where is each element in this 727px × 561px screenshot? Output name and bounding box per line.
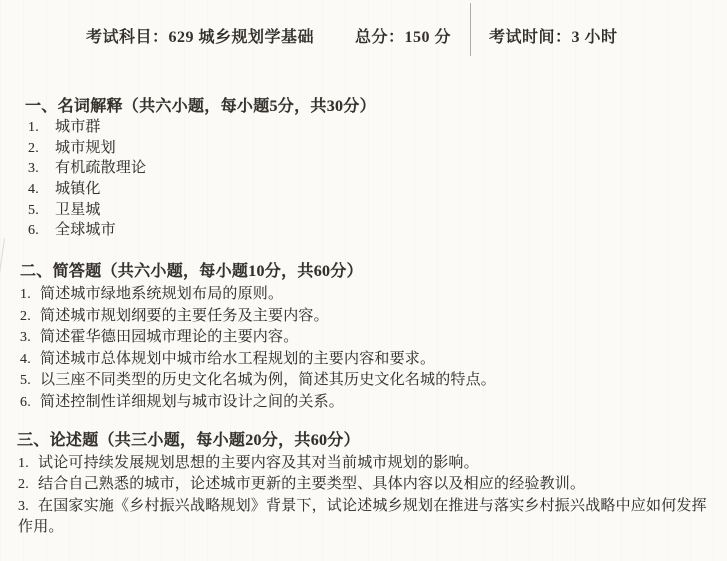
question-item: 4.简述城市总体规划中城市给水工程规划的主要内容和要求。	[0, 349, 727, 371]
question-item: 2.结合自己熟悉的城市，论述城市更新的主要类型、具体内容以及相应的经验教训。	[0, 474, 727, 495]
question-number: 5.	[20, 370, 40, 392]
exam-paper-scan: 考试科目：629 城乡规划学基础 总分：150 分 考试时间：3 小时 一、名词…	[0, 0, 727, 561]
question-item: 5.卫星城	[0, 200, 727, 221]
question-item: 2.简述城市规划纲要的主要任务及主要内容。	[0, 306, 727, 328]
header-divider-line	[470, 3, 471, 56]
question-text: 简述霍华德田园城市理论的主要内容。	[40, 329, 298, 345]
question-item: 3.在国家实施《乡村振兴战略规划》背景下，试论述城乡规划在推进与落实乡村振兴战略…	[0, 496, 727, 539]
section-title: 一、名词解释（共六小题，每小题5分，共30分）	[0, 93, 727, 117]
question-text: 试论可持续发展规划思想的主要内容及其对当前城市规划的影响。	[38, 455, 479, 471]
question-text: 有机疏散理论	[55, 160, 146, 176]
question-item: 1.城市群	[0, 117, 727, 138]
question-item: 5.以三座不同类型的历史文化名城为例，简述其历史文化名城的特点。	[0, 370, 727, 392]
question-number: 2.	[28, 139, 55, 160]
question-number: 5.	[28, 201, 55, 222]
question-text: 以三座不同类型的历史文化名城为例，简述其历史文化名城的特点。	[40, 372, 496, 388]
question-item: 1.简述城市绿地系统规划布局的原则。	[0, 284, 727, 306]
question-text: 卫星城	[55, 202, 101, 218]
exam-total-score: 总分：150 分	[355, 24, 451, 47]
question-text: 简述城市规划纲要的主要任务及主要内容。	[40, 308, 329, 324]
exam-subject: 考试科目：629 城乡规划学基础	[86, 24, 314, 47]
question-text: 简述城市绿地系统规划布局的原则。	[40, 286, 283, 302]
question-text: 城市群	[55, 119, 101, 135]
question-number: 3.	[20, 327, 40, 349]
question-text: 城市规划	[55, 140, 116, 156]
section-short-answer: 二、简答题（共六小题，每小题10分，共60分） 1.简述城市绿地系统规划布局的原…	[0, 258, 727, 414]
exam-duration: 考试时间：3 小时	[489, 24, 618, 47]
question-text: 结合自己熟悉的城市，论述城市更新的主要类型、具体内容以及相应的经验教训。	[38, 476, 585, 492]
section-title: 三、论述题（共三小题，每小题20分，共60分）	[0, 427, 727, 453]
question-number: 4.	[28, 180, 55, 201]
question-number: 3.	[18, 496, 38, 517]
question-number: 2.	[18, 474, 38, 495]
question-text: 简述城市总体规划中城市给水工程规划的主要内容和要求。	[40, 351, 435, 367]
question-number: 6.	[28, 221, 55, 242]
question-text: 全球城市	[55, 222, 116, 238]
question-item: 3.有机疏散理论	[0, 158, 727, 179]
question-text: 简述控制性详细规划与城市设计之间的关系。	[40, 394, 344, 410]
question-item: 4.城镇化	[0, 179, 727, 200]
question-item: 1.试论可持续发展规划思想的主要内容及其对当前城市规划的影响。	[0, 453, 727, 474]
question-number: 1.	[28, 118, 55, 139]
question-number: 2.	[20, 306, 40, 328]
question-number: 4.	[20, 349, 40, 371]
question-text: 城镇化	[55, 181, 101, 197]
section-term-definitions: 一、名词解释（共六小题，每小题5分，共30分） 1.城市群 2.城市规划 3.有…	[0, 93, 727, 241]
question-number: 6.	[20, 392, 40, 414]
question-number: 1.	[18, 453, 38, 474]
question-item: 3.简述霍华德田园城市理论的主要内容。	[0, 327, 727, 349]
section-essay: 三、论述题（共三小题，每小题20分，共60分） 1.试论可持续发展规划思想的主要…	[0, 427, 727, 539]
question-item: 6.简述控制性详细规划与城市设计之间的关系。	[0, 392, 727, 414]
question-item: 6.全球城市	[0, 220, 727, 241]
question-text: 在国家实施《乡村振兴战略规划》背景下，试论述城乡规划在推进与落实乡村振兴战略中应…	[18, 498, 707, 535]
question-number: 1.	[20, 284, 40, 306]
question-item: 2.城市规划	[0, 138, 727, 159]
section-title: 二、简答题（共六小题，每小题10分，共60分）	[0, 258, 727, 284]
question-number: 3.	[28, 159, 55, 180]
